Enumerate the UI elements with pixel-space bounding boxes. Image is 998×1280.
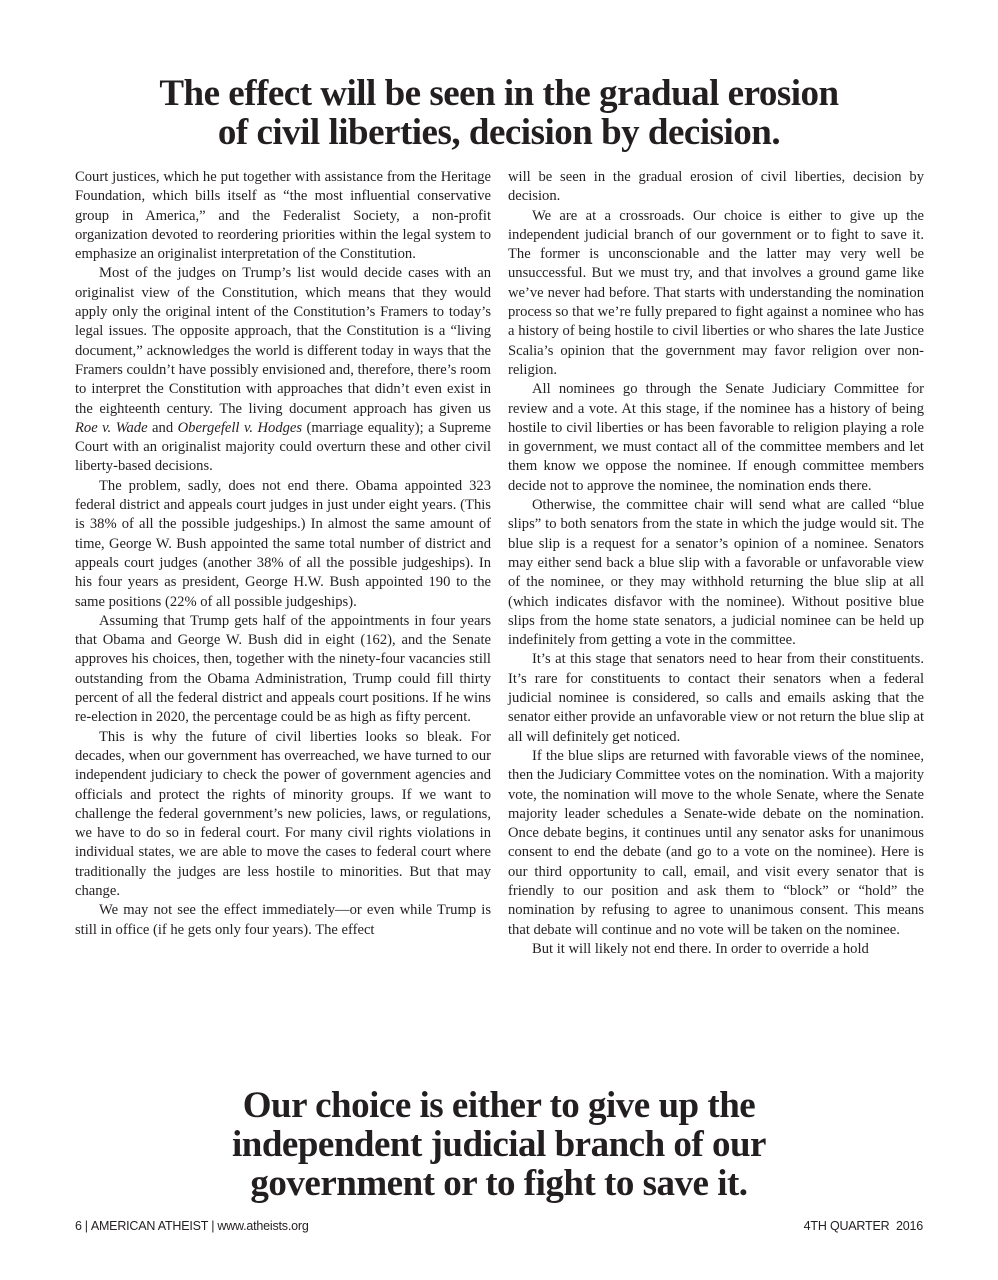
paragraph: If the blue slips are returned with favo…: [508, 747, 924, 940]
pull-quote-line: of civil liberties, decision by decision…: [0, 113, 998, 152]
paragraph: The problem, sadly, does not end there. …: [75, 477, 491, 612]
paragraph: It’s at this stage that senators need to…: [508, 650, 924, 746]
case-name-obergefell-v-hodges: Obergefell v. Hodges: [178, 420, 302, 436]
paragraph: This is why the future of civil libertie…: [75, 728, 491, 902]
paragraph-text: and: [148, 420, 178, 436]
magazine-page: The effect will be seen in the gradual e…: [0, 0, 998, 1280]
paragraph: Assuming that Trump gets half of the app…: [75, 612, 491, 728]
paragraph: We are at a crossroads. Our choice is ei…: [508, 207, 924, 381]
page-number: 6: [75, 1219, 82, 1233]
paragraph: But it will likely not end there. In ord…: [508, 940, 924, 959]
article-column-right: will be seen in the gradual erosion of c…: [508, 168, 924, 959]
publication-name: AMERICAN ATHEIST: [91, 1219, 208, 1233]
paragraph: Most of the judges on Trump’s list would…: [75, 264, 491, 476]
paragraph: Otherwise, the committee chair will send…: [508, 496, 924, 650]
pull-quote-line: The effect will be seen in the gradual e…: [0, 74, 998, 113]
paragraph: will be seen in the gradual erosion of c…: [508, 168, 924, 207]
pull-quote-line: government or to fight to save it.: [0, 1164, 998, 1203]
paragraph: Court justices, which he put together wi…: [75, 168, 491, 264]
footer-separator: |: [208, 1219, 217, 1233]
paragraph-text: Most of the judges on Trump’s list would…: [75, 265, 491, 416]
article-column-left: Court justices, which he put together wi…: [75, 168, 491, 940]
paragraph: We may not see the effect immediately—or…: [75, 901, 491, 940]
pull-quote-top: The effect will be seen in the gradual e…: [0, 74, 998, 152]
paragraph: All nominees go through the Senate Judic…: [508, 380, 924, 496]
case-name-roe-v-wade: Roe v. Wade: [75, 420, 148, 436]
website-link[interactable]: www.atheists.org: [217, 1219, 308, 1233]
pull-quote-bottom: Our choice is either to give up the inde…: [0, 1086, 998, 1203]
footer-left: 6|AMERICAN ATHEIST|www.atheists.org: [75, 1219, 309, 1233]
issue-date: 4TH QUARTER 2016: [804, 1219, 923, 1233]
pull-quote-line: Our choice is either to give up the: [0, 1086, 998, 1125]
footer-issue: 4TH QUARTER 2016: [804, 1219, 923, 1233]
pull-quote-line: independent judicial branch of our: [0, 1125, 998, 1164]
footer-separator: |: [82, 1219, 91, 1233]
